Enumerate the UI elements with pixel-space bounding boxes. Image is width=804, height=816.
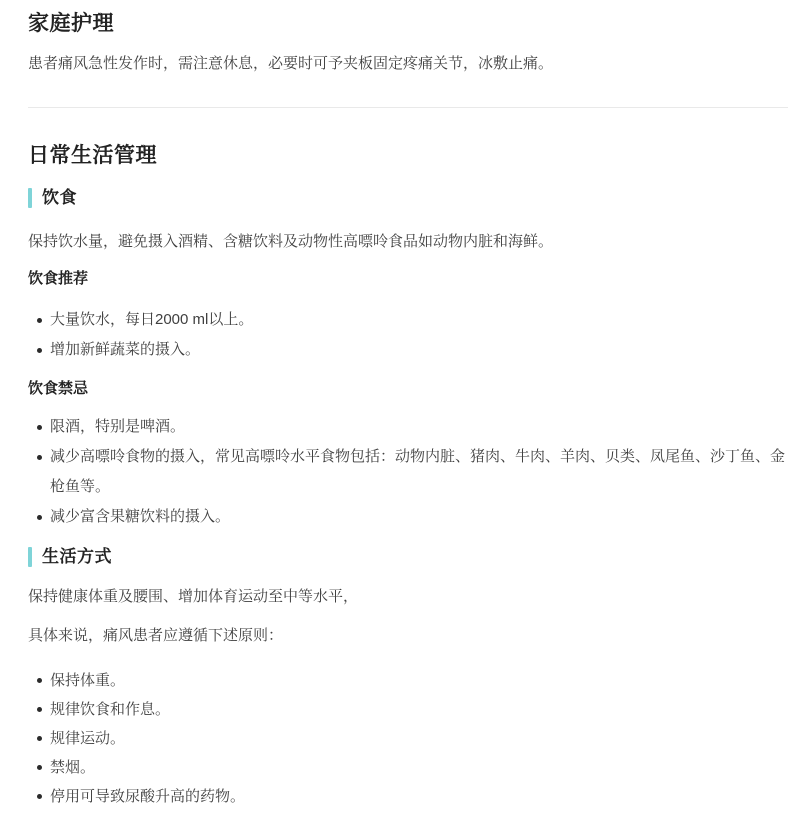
accent-bar bbox=[28, 547, 32, 567]
lifestyle-section-heading: 生活方式 bbox=[28, 545, 788, 569]
diet-intro-paragraph: 保持饮水量，避免摄入酒精、含糖饮料及动物性高嘌呤食品如动物内脏和海鲜。 bbox=[28, 231, 788, 252]
list-item: 减少高嘌呤食物的摄入，常见高嘌呤水平食物包括：动物内脏、猪肉、牛肉、羊肉、贝类、… bbox=[50, 442, 788, 502]
article: 家庭护理 患者痛风急性发作时，需注意休息，必要时可予夹板固定疼痛关节，冰敷止痛。… bbox=[0, 0, 804, 811]
lifestyle-principles-list: 保持体重。 规律饮食和作息。 规律运动。 禁烟。 停用可导致尿酸升高的药物。 bbox=[28, 666, 788, 811]
list-item: 禁烟。 bbox=[50, 753, 788, 782]
list-item: 保持体重。 bbox=[50, 666, 788, 695]
diet-taboo-list: 限酒，特别是啤酒。 减少高嘌呤食物的摄入，常见高嘌呤水平食物包括：动物内脏、猪肉… bbox=[28, 412, 788, 532]
section-divider bbox=[28, 107, 788, 108]
diet-section-heading: 饮食 bbox=[28, 186, 788, 210]
list-item: 规律运动。 bbox=[50, 724, 788, 753]
diet-recommend-heading: 饮食推荐 bbox=[28, 269, 788, 289]
home-care-paragraph: 患者痛风急性发作时，需注意休息，必要时可予夹板固定疼痛关节，冰敷止痛。 bbox=[28, 53, 788, 74]
lifestyle-paragraph-1: 保持健康体重及腰围、增加体育运动至中等水平， bbox=[28, 586, 788, 607]
diet-section-heading-label: 饮食 bbox=[42, 188, 77, 207]
list-item: 大量饮水，每日2000 ml以上。 bbox=[50, 305, 788, 335]
list-item: 限酒，特别是啤酒。 bbox=[50, 412, 788, 442]
diet-taboo-heading: 饮食禁忌 bbox=[28, 379, 788, 399]
lifestyle-section-heading-label: 生活方式 bbox=[42, 547, 112, 566]
list-item: 规律饮食和作息。 bbox=[50, 695, 788, 724]
diet-recommend-list: 大量饮水，每日2000 ml以上。 增加新鲜蔬菜的摄入。 bbox=[28, 305, 788, 365]
daily-management-heading: 日常生活管理 bbox=[28, 142, 788, 170]
list-item: 增加新鲜蔬菜的摄入。 bbox=[50, 335, 788, 365]
list-item: 减少富含果糖饮料的摄入。 bbox=[50, 502, 788, 532]
lifestyle-paragraph-2: 具体来说，痛风患者应遵循下述原则： bbox=[28, 625, 788, 646]
accent-bar bbox=[28, 188, 32, 208]
list-item: 停用可导致尿酸升高的药物。 bbox=[50, 782, 788, 811]
home-care-heading: 家庭护理 bbox=[28, 10, 788, 38]
